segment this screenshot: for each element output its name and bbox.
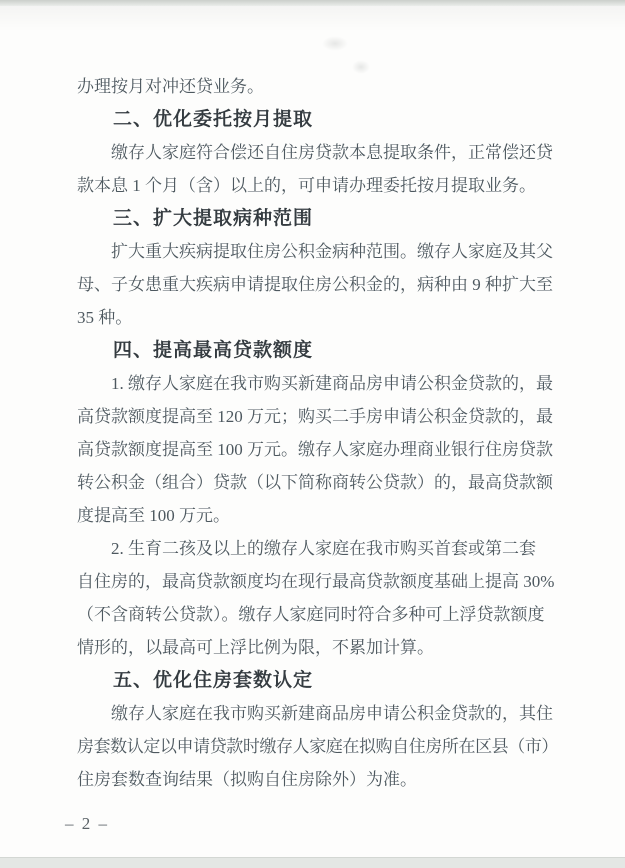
document-text-line: 款本息 1 个月（含）以上的，可申请办理委托按月提取业务。 — [77, 169, 558, 202]
section-heading-5: 五、优化住房套数认定 — [77, 664, 558, 697]
document-text-line: （不含商转公贷款）。缴存人家庭同时符合多种可上浮贷款额度 — [77, 598, 558, 631]
page-edge-bottom — [0, 857, 625, 868]
document-text-line: 缴存人家庭符合偿还自住房贷款本息提取条件，正常偿还贷 — [77, 136, 558, 169]
document-page: 办理按月对冲还贷业务。 二、优化委托按月提取 缴存人家庭符合偿还自住房贷款本息提… — [0, 0, 625, 868]
page-top-shadow — [0, 6, 625, 32]
section-heading-4: 四、提高最高贷款额度 — [77, 334, 558, 367]
page-number: – 2 – — [65, 807, 109, 840]
section-heading-3: 三、扩大提取病种范围 — [77, 202, 558, 235]
scan-artifact — [322, 36, 348, 51]
document-text-line: 母、子女患重大疾病申请提取住房公积金的，病种由 9 种扩大至 — [77, 268, 558, 301]
document-text-line: 办理按月对冲还贷业务。 — [77, 70, 558, 103]
document-text-line: 自住房的，最高贷款额度均在现行最高贷款额度基础上提高 30% — [77, 565, 558, 598]
document-text-line: 高贷款额度提高至 100 万元。缴存人家庭办理商业银行住房贷款 — [77, 433, 558, 466]
page-edge-top — [0, 0, 625, 6]
document-body: 办理按月对冲还贷业务。 二、优化委托按月提取 缴存人家庭符合偿还自住房贷款本息提… — [77, 70, 558, 796]
document-text-line: 缴存人家庭在我市购买新建商品房申请公积金贷款的，其住 — [77, 697, 558, 730]
document-text-line: 房套数认定以申请贷款时缴存人家庭在拟购自住房所在区县（市） — [77, 730, 558, 763]
section-heading-2: 二、优化委托按月提取 — [77, 103, 558, 136]
document-text-line: 35 种。 — [77, 301, 558, 334]
document-text-line: 高贷款额度提高至 120 万元；购买二手房申请公积金贷款的，最 — [77, 400, 558, 433]
document-text-line: 2. 生育二孩及以上的缴存人家庭在我市购买首套或第二套 — [77, 532, 558, 565]
document-text-line: 扩大重大疾病提取住房公积金病种范围。缴存人家庭及其父 — [77, 235, 558, 268]
document-text-line: 度提高至 100 万元。 — [77, 499, 558, 532]
document-text-line: 住房套数查询结果（拟购自住房除外）为准。 — [77, 763, 558, 796]
document-text-line: 转公积金（组合）贷款（以下简称商转公贷款）的，最高贷款额 — [77, 466, 558, 499]
document-text-line: 1. 缴存人家庭在我市购买新建商品房申请公积金贷款的，最 — [77, 367, 558, 400]
document-text-line: 情形的，以最高可上浮比例为限，不累加计算。 — [77, 631, 558, 664]
